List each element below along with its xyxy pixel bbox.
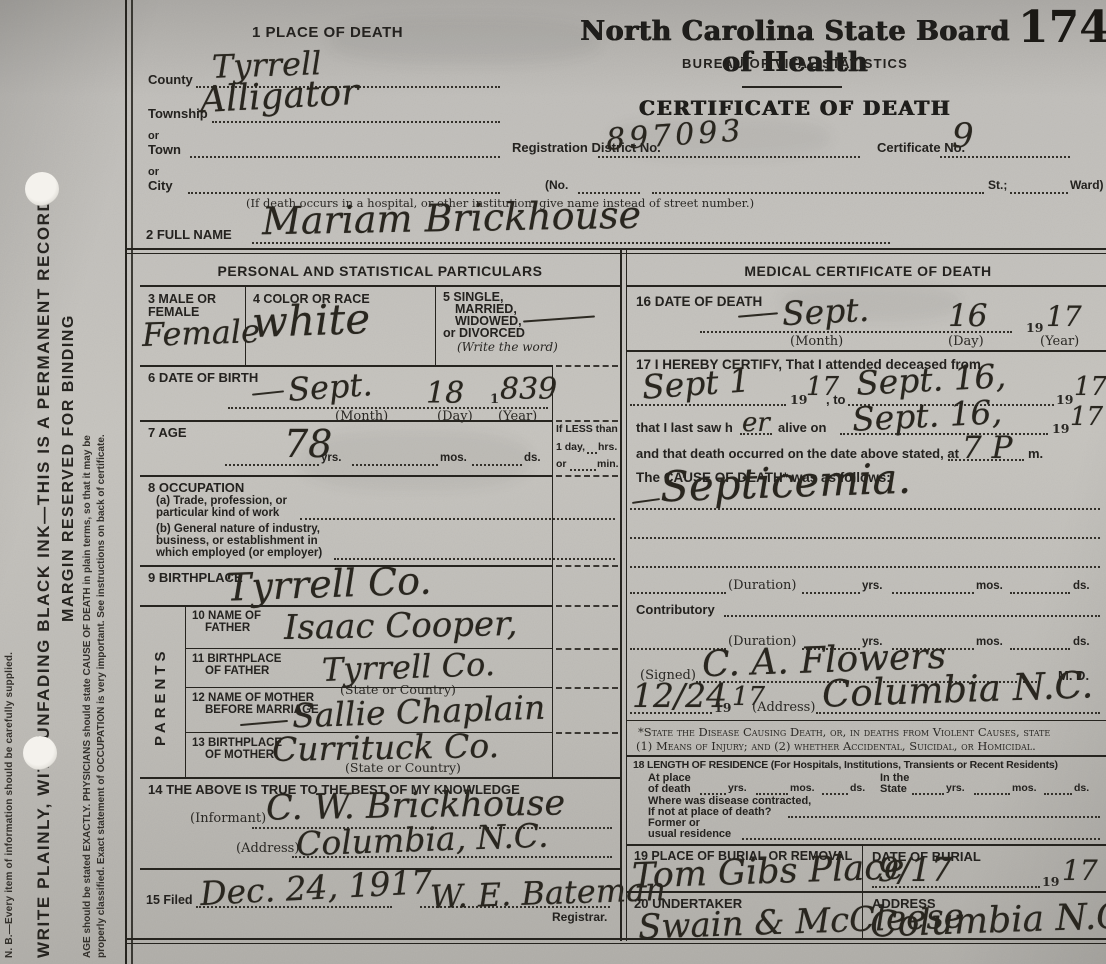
- min-line: [570, 469, 596, 471]
- personal-section-title: PERSONAL AND STATISTICAL PARTICULARS: [140, 263, 620, 279]
- dob-dash: [252, 390, 284, 395]
- dod-year-prefix: 19: [1026, 320, 1043, 335]
- cause-dash: [632, 498, 660, 504]
- signed-address-value: Columbia N.C.: [821, 663, 1094, 715]
- birthplace-value: Tyrrell Co.: [225, 558, 432, 609]
- father-birthplace-label: OF FATHER: [205, 665, 269, 677]
- last-saw-line: [840, 433, 1048, 435]
- margin-reserved-note: MARGIN RESERVED FOR BINDING: [60, 314, 78, 622]
- cause-line-3: [630, 566, 1100, 568]
- or-label: or: [148, 130, 159, 142]
- dob-label: 6 DATE OF BIRTH: [148, 370, 258, 385]
- alive-on-label: alive on: [778, 420, 826, 435]
- narrow-col-rule: [556, 732, 618, 734]
- duration-line: [1010, 592, 1070, 594]
- father-name-label: FATHER: [205, 622, 250, 634]
- dob-year-value: 839: [500, 372, 557, 407]
- rule: [140, 777, 620, 779]
- occupation-a-line: [300, 518, 615, 520]
- rule: [140, 420, 552, 422]
- burial-date-value: 9/17: [878, 850, 952, 889]
- ds-label: ds.: [1073, 580, 1090, 592]
- dod-day-value: 16: [948, 298, 987, 334]
- signed-address-line: [816, 712, 1100, 714]
- duration-caption: (Duration): [728, 578, 797, 593]
- full-name-line: [252, 242, 890, 244]
- page-number: 174: [1018, 2, 1106, 53]
- former-residence-line: [742, 838, 1100, 840]
- street-no-label: (No.: [545, 178, 568, 192]
- informant-address-label: (Address): [236, 841, 299, 856]
- narrow-col-rule: [556, 565, 618, 567]
- dob-year-prefix: 1: [490, 392, 499, 407]
- year-caption: (Year): [1040, 334, 1079, 349]
- occupation-b-label: (b) General nature of industry,: [156, 523, 320, 535]
- certificate-no-value: 9: [952, 116, 974, 156]
- duration-line: [630, 592, 726, 594]
- mother-value-dash: [240, 720, 288, 726]
- narrow-col-border: [552, 365, 553, 777]
- cause-of-death-value: Septicemia.: [659, 454, 911, 512]
- ds-label: ds.: [524, 452, 541, 464]
- sex-label: 3 MALE OR: [148, 292, 216, 306]
- ward-line: [1010, 192, 1068, 194]
- race-value: white: [251, 294, 371, 347]
- town-label: Town: [148, 142, 181, 157]
- last-saw-year-prefix: 19: [1052, 421, 1069, 436]
- parents-cell-border: [185, 605, 186, 777]
- ds-label: ds.: [1074, 782, 1089, 794]
- from-year-prefix: 19: [790, 392, 807, 407]
- meridiem-label: m.: [1028, 446, 1043, 461]
- mos-label: mos.: [976, 580, 1003, 592]
- state-or-country-caption: (State or Country): [345, 760, 461, 775]
- signed-year-prefix: 19: [714, 700, 731, 715]
- township-line: [212, 121, 500, 123]
- occupation-b-label: which employed (or employer): [156, 547, 322, 559]
- narrow-col-rule: [556, 687, 618, 689]
- dod-dash: [738, 312, 778, 317]
- marital-hint: (Write the word): [457, 340, 558, 354]
- attended-from-line: [630, 404, 786, 406]
- residence-line: [974, 793, 1010, 795]
- to-year-value: 17: [1074, 372, 1106, 402]
- bureau-subtitle: BUREAU OF VITAL STATISTICS: [560, 56, 1030, 71]
- bottom-rule: [125, 938, 1106, 940]
- attended-from-value: Sept 1: [641, 360, 751, 406]
- last-saw-fill-line: [740, 433, 772, 435]
- mother-birthplace-label: 13 BIRTHPLACE: [192, 737, 282, 749]
- contributory-label: Contributory: [636, 602, 715, 617]
- duration-line: [802, 592, 860, 594]
- signed-date-value: 12/24: [632, 676, 727, 715]
- yrs-label: yrs.: [946, 782, 965, 794]
- punch-hole: [25, 172, 59, 206]
- medical-section-title: MEDICAL CERTIFICATE OF DEATH: [630, 263, 1106, 279]
- header-divider: [742, 86, 842, 88]
- county-label: County: [148, 72, 193, 87]
- ds-label: ds.: [850, 782, 865, 794]
- marital-label: or DIVORCED: [443, 326, 525, 340]
- hrs-line: [587, 452, 597, 454]
- rule: [627, 844, 1106, 846]
- ds-label: ds.: [1073, 636, 1090, 648]
- narrow-col-rule: [556, 648, 618, 650]
- age-line: [225, 464, 319, 466]
- column-divider: [620, 250, 622, 941]
- occupation-b-label: business, or establishment in: [156, 535, 318, 547]
- residence-line: [912, 793, 944, 795]
- mos-label: mos.: [1012, 782, 1037, 794]
- registrar-label: Registrar.: [552, 910, 607, 924]
- residence-label: 18 LENGTH OF RESIDENCE (For Hospitals, I…: [633, 759, 1058, 771]
- residence-line: [1044, 793, 1072, 795]
- ward-label: Ward): [1070, 178, 1104, 192]
- occupation-a-label: (a) Trade, profession, or: [156, 495, 287, 507]
- cause-line: [630, 508, 1100, 510]
- section-divider: [125, 248, 1106, 250]
- rule: [627, 285, 1106, 287]
- duration-line: [892, 592, 974, 594]
- rule: [140, 285, 620, 287]
- cause-footnote: *State the Disease Causing Death, or, in…: [638, 725, 1050, 739]
- registrar-signature: W. E. Bateman: [429, 870, 666, 916]
- one-day-label: 1 day,: [556, 441, 585, 453]
- burial-year-value: 17: [1062, 854, 1098, 887]
- town-line: [190, 156, 500, 158]
- street-label: St.;: [988, 178, 1007, 192]
- duration-line-2: [1010, 648, 1070, 650]
- age-label: 7 AGE: [148, 425, 187, 440]
- bottom-rule: [125, 943, 1106, 944]
- registration-line: [598, 156, 860, 158]
- binding-rule: [125, 0, 127, 964]
- rule: [627, 755, 1106, 757]
- signed-date-line: [630, 712, 712, 714]
- at-place-label: of death: [648, 783, 691, 795]
- or-label: or: [148, 166, 159, 178]
- father-birthplace-label: 11 BIRTHPLACE: [192, 653, 281, 665]
- last-saw-year-value: 17: [1070, 402, 1103, 432]
- month-caption: (Month): [790, 334, 843, 349]
- filed-label: 15 Filed: [146, 893, 193, 907]
- contracted-line: [788, 816, 1100, 818]
- section-divider: [125, 253, 1106, 254]
- death-time-line: [948, 459, 1024, 461]
- informant-label: (Informant): [190, 811, 266, 826]
- state-label: State: [880, 783, 907, 795]
- former-residence-label: usual residence: [648, 828, 731, 840]
- dod-month-value: Sept.: [781, 290, 870, 334]
- cause-footnote: (1) Means of Injury; and (2) whether Acc…: [636, 739, 1036, 753]
- dod-year-value: 17: [1046, 300, 1082, 333]
- column-divider: [626, 250, 627, 941]
- if-less-than-label: If LESS than: [556, 423, 618, 435]
- mother-birthplace-label: OF MOTHER: [205, 749, 274, 761]
- yrs-label: yrs.: [862, 580, 882, 592]
- dod-line: [700, 331, 1012, 333]
- punch-hole: [23, 736, 57, 770]
- burial-date-line: [872, 886, 1040, 888]
- place-of-death-heading: 1 PLACE OF DEATH: [252, 24, 403, 41]
- yrs-label: yrs.: [321, 452, 341, 464]
- dob-month-value: Sept.: [287, 365, 374, 409]
- margin-age-note-line1: AGE should be stated EXACTLY. PHYSICIANS…: [82, 435, 93, 958]
- day-caption: (Day): [948, 334, 984, 349]
- cell-rule: [435, 285, 436, 365]
- narrow-col-rule: [556, 475, 618, 477]
- marital-value-dash: [523, 315, 595, 322]
- age-line: [472, 464, 522, 466]
- margin-write-plainly-note: WRITE PLAINLY, WITH UNFADING BLACK INK—T…: [34, 191, 54, 958]
- rule: [627, 891, 1106, 893]
- rule: [627, 720, 1106, 721]
- margin-nb-note: N. B.—Every item of information should b…: [4, 652, 15, 958]
- father-name-label: 10 NAME OF: [192, 610, 261, 622]
- father-name-value: Isaac Cooper,: [284, 604, 518, 648]
- sex-value: Female: [141, 312, 260, 354]
- mos-label: mos.: [440, 452, 467, 464]
- mos-label: mos.: [976, 636, 1003, 648]
- certificate-no-line: [940, 156, 1070, 158]
- age-line: [352, 464, 438, 466]
- township-label: Township: [148, 106, 208, 121]
- township-value: Alligator: [199, 72, 359, 121]
- city-line: [188, 192, 500, 194]
- binding-rule: [131, 0, 133, 964]
- or-label: or: [556, 458, 567, 470]
- dob-day-value: 18: [426, 376, 464, 411]
- min-label: min.: [597, 458, 619, 470]
- to-label: , to: [826, 392, 846, 407]
- contributory-line: [724, 615, 1100, 617]
- occupation-label: 8 OCCUPATION: [148, 480, 244, 495]
- full-name-label: 2 FULL NAME: [146, 227, 232, 242]
- narrow-col-rule: [556, 605, 618, 607]
- narrow-col-rule: [556, 420, 618, 422]
- rule: [627, 350, 1106, 352]
- city-label: City: [148, 178, 173, 193]
- margin-age-note-line2: properly classified. Exact statement of …: [96, 434, 107, 958]
- parents-label: PARENTS: [152, 647, 169, 746]
- residence-line: [822, 793, 848, 795]
- narrow-col-rule: [556, 365, 618, 367]
- full-name-value: Mariam Brickhouse: [262, 193, 642, 244]
- cause-line-2: [630, 537, 1100, 539]
- burial-place-value: Tom Gibs Place: [631, 847, 905, 896]
- street-line: [652, 192, 984, 194]
- last-saw-label: that I last saw h: [636, 420, 733, 435]
- mos-label: mos.: [790, 782, 815, 794]
- rule: [185, 687, 552, 688]
- yrs-label: yrs.: [728, 782, 747, 794]
- signed-address-label: (Address): [752, 700, 815, 715]
- date-of-death-label: 16 DATE OF DEATH: [636, 294, 762, 309]
- death-certificate-scan: N. B.—Every item of information should b…: [0, 0, 1106, 964]
- occupation-a-label: particular kind of work: [156, 507, 279, 519]
- rule: [140, 475, 552, 477]
- burial-year-prefix: 19: [1042, 874, 1059, 889]
- hrs-label: hrs.: [598, 441, 617, 453]
